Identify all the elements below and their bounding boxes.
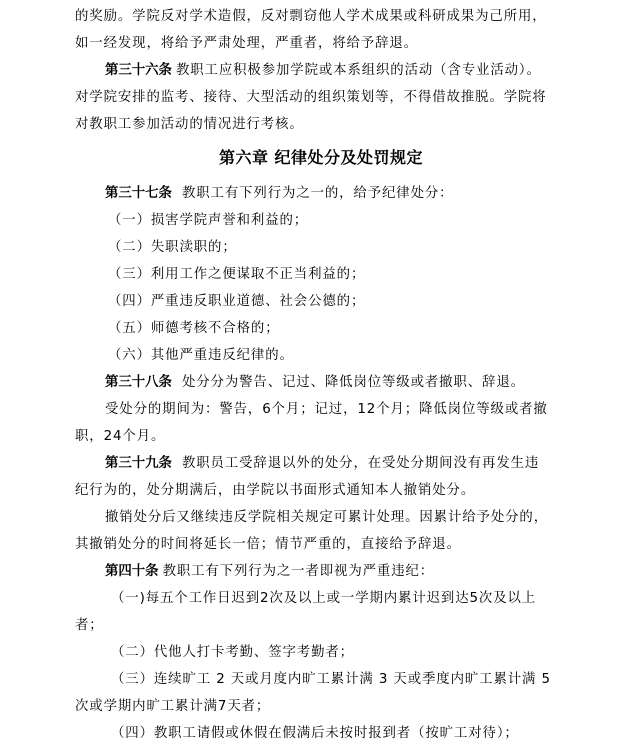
list-item: （三）连续旷工 2 天或月度内旷工累计满 3 天或季度内旷工累计满 5 <box>75 666 567 693</box>
article-label: 第三十七条 <box>105 185 172 201</box>
paragraph-line: 职，24个月。 <box>75 423 567 450</box>
paragraph-line: 撤销处分后又继续违反学院相关规定可累计处理。因累计给予处分的， <box>75 504 567 531</box>
list-item: （六）其他严重违反纪律的。 <box>75 342 567 369</box>
list-item: （一)每五个工作日迟到2次及以上或一学期内累计迟到达5次及以上 <box>75 585 567 612</box>
list-item: （四）教职工请假或休假在假满后未按时报到者（按旷工对待）； <box>75 720 567 747</box>
paragraph-line: 对学院安排的监考、接待、大型活动的组织策划等，不得借故推脱。学院将 <box>75 84 567 111</box>
article-label: 第三十八条 <box>105 374 172 390</box>
article-37: 第三十七条教职工有下列行为之一的，给予纪律处分： <box>75 180 567 207</box>
paragraph-line: 纪行为的，处分期满后，由学院以书面形式通知本人撤销处分。 <box>75 477 567 504</box>
list-item-continuation: 次或学期内旷工累计满7天者； <box>75 693 567 720</box>
list-item: （五）师德考核不合格的； <box>75 315 567 342</box>
article-text: 教职工有下列行为之一的，给予纪律处分： <box>182 186 454 201</box>
article-40: 第四十条教职工有下列行为之一者即视为严重违纪： <box>75 558 567 585</box>
paragraph-line: 的奖励。学院反对学术造假，反对剽窃他人学术成果或科研成果为己所用， <box>75 3 567 30</box>
article-label: 第三十九条 <box>105 455 172 471</box>
article-text: 教职工有下列行为之一者即视为严重违纪： <box>163 564 435 579</box>
article-label: 第三十六条 <box>105 62 172 78</box>
list-item: （四）严重违反职业道德、社会公德的； <box>75 288 567 315</box>
paragraph-line: 受处分的期间为：警告，6个月；记过，12个月；降低岗位等级或者撤 <box>75 396 567 423</box>
chapter-heading: 第六章 纪律处分及处罚规定 <box>75 141 567 175</box>
paragraph-line: 其撤销处分的时间将延长一倍；情节严重的，直接给予辞退。 <box>75 531 567 558</box>
article-label: 第四十条 <box>105 563 159 579</box>
paragraph-line: 如一经发现，将给予严肃处理，严重者，将给予辞退。 <box>75 30 567 57</box>
article-36: 第三十六条教职工应积极参加学院或本系组织的活动（含专业活动）。 <box>75 57 567 84</box>
article-text: 教职员工受辞退以外的处分，在受处分期间没有再发生违 <box>182 456 539 471</box>
list-item: （二）失职渎职的； <box>75 234 567 261</box>
list-item: （三）利用工作之便谋取不正当利益的； <box>75 261 567 288</box>
article-39: 第三十九条教职员工受辞退以外的处分，在受处分期间没有再发生违 <box>75 450 567 477</box>
list-item: （一）损害学院声誉和利益的； <box>75 207 567 234</box>
paragraph-line: 对教职工参加活动的情况进行考核。 <box>75 111 567 138</box>
list-item: （二）代他人打卡考勤、签字考勤者； <box>75 639 567 666</box>
article-text: 教职工应积极参加学院或本系组织的活动（含专业活动）。 <box>176 63 541 78</box>
list-item-continuation: 者； <box>75 612 567 639</box>
article-text: 处分分为警告、记过、降低岗位等级或者撤职、辞退。 <box>182 375 525 390</box>
article-38: 第三十八条处分分为警告、记过、降低岗位等级或者撤职、辞退。 <box>75 369 567 396</box>
document-page: 的奖励。学院反对学术造假，反对剽窃他人学术成果或科研成果为己所用， 如一经发现，… <box>75 3 567 747</box>
